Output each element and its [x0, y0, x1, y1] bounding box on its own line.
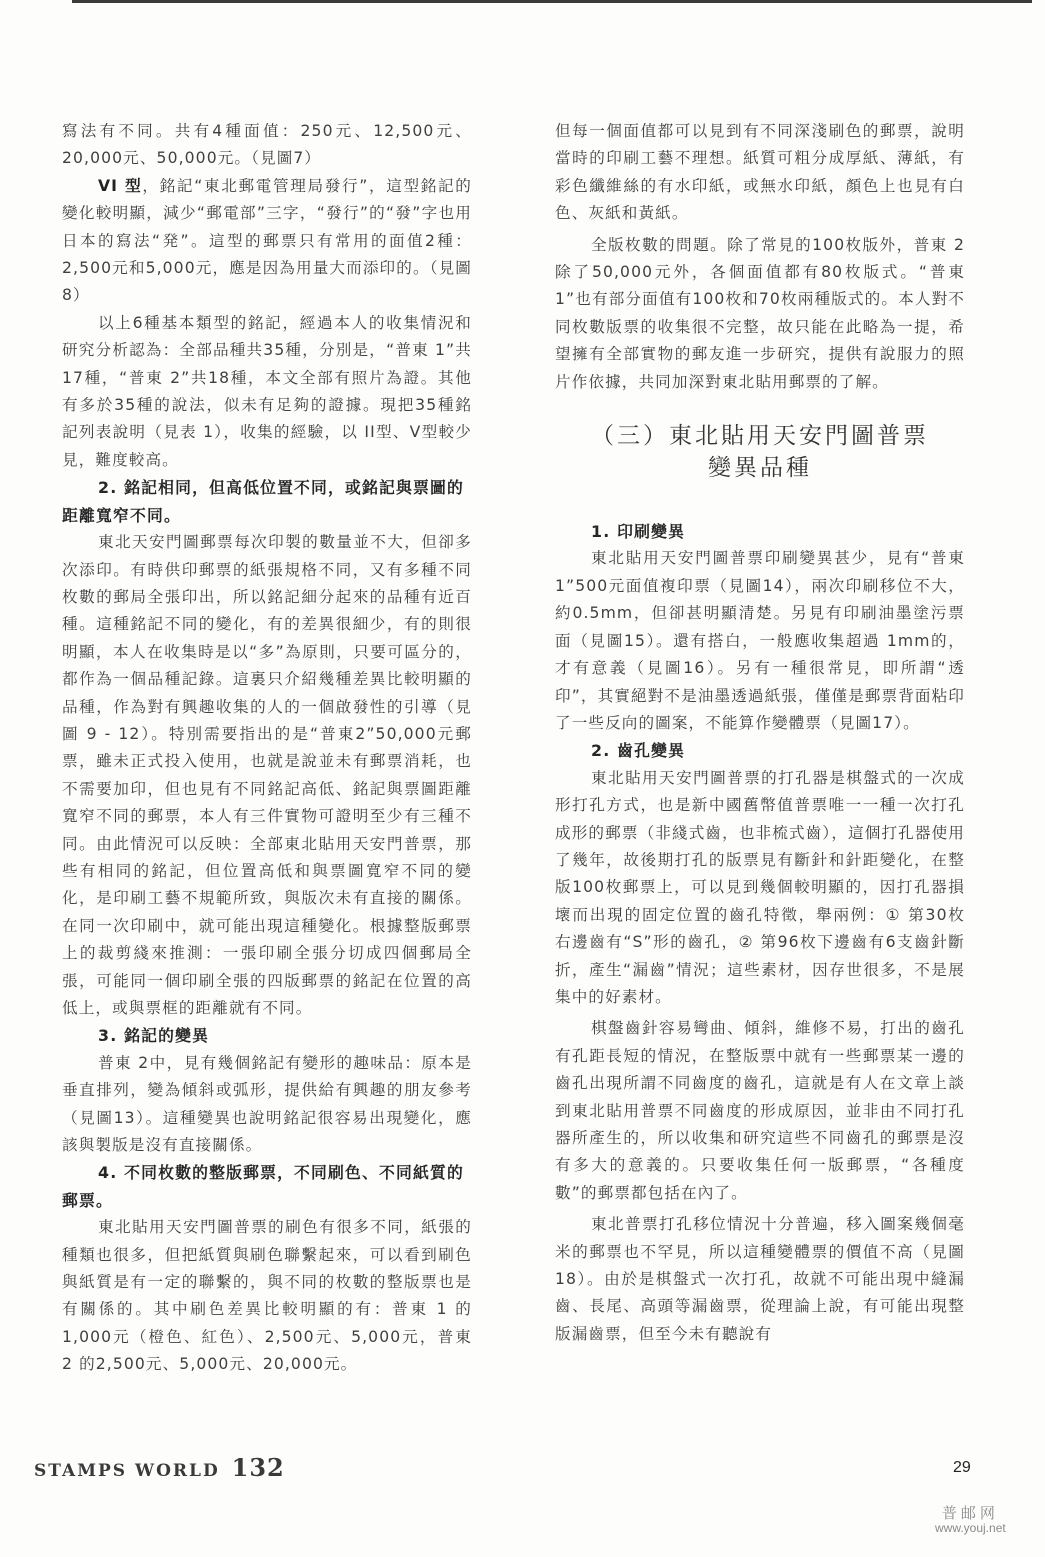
paragraph: 全版枚數的問題。除了常見的100枚版外，普東 2 除了50,000元外，各個面值…	[555, 232, 965, 396]
page-number: 29	[953, 1459, 971, 1477]
magazine-name: STAMPS WORLD	[34, 1461, 220, 1481]
watermark: 普邮网 www.youj.net	[935, 1502, 1006, 1535]
paragraph: 東北貼用天安門圖普票印刷變異甚少，見有“普東 1”500元面值複印票（見圖14）…	[555, 545, 965, 737]
watermark-url: www.youj.net	[935, 1521, 1006, 1535]
watermark-name: 普邮网	[935, 1502, 1006, 1523]
paragraph: 但每一個面值都可以見到有不同深淺刷色的郵票，說明當時的印刷工藝不理想。紙質可粗分…	[555, 118, 965, 228]
paragraph: 普東 2中，見有幾個銘記有變形的趣味品：原本是垂直排列，變為傾斜或弧形，提供給有…	[62, 1050, 472, 1160]
right-column: 但每一個面值都可以見到有不同深淺刷色的郵票，說明當時的印刷工藝不理想。紙質可粗分…	[555, 118, 965, 1348]
section-title-line-1: （三）東北貼用天安門圖普票	[555, 420, 965, 452]
section-title: （三）東北貼用天安門圖普票 變異品種	[555, 420, 965, 484]
subheading-printing: 1. 印刷變異	[555, 518, 965, 545]
paragraph-type-vi: VI 型，銘記“東北郵電管理局發行”，這型銘記的變化較明顯，減少“郵電部”三字，…	[62, 173, 472, 310]
subheading-4: 4. 不同枚數的整版郵票，不同刷色、不同紙質的郵票。	[62, 1159, 472, 1214]
paragraph: 寫法有不同。共有4種面值：250元、12,500元、20,000元、50,000…	[62, 118, 472, 173]
paragraph: 棋盤齒針容易彎曲、傾斜，維修不易，打出的齒孔有孔距長短的情況，在整版票中就有一些…	[555, 1015, 965, 1207]
paragraph: 東北貼用天安門圖普票的刷色有很多不同，紙張的種類也很多，但把紙質與刷色聯繫起來，…	[62, 1214, 472, 1378]
subheading-perforation: 2. 齒孔變異	[555, 737, 965, 764]
paragraph: 以上6種基本類型的銘記，經過本人的收集情況和研究分析認為：全部品種共35種，分別…	[62, 310, 472, 474]
issue-number: 132	[232, 1453, 285, 1482]
type-label: VI 型	[98, 177, 142, 195]
paragraph: 東北天安門圖郵票每次印製的數量並不大，但卻多次添印。有時供印郵票的紙張規格不同，…	[62, 529, 472, 1022]
magazine-masthead: STAMPS WORLD 132	[34, 1453, 285, 1482]
section-title-line-2: 變異品種	[555, 452, 965, 484]
subheading-2: 2. 銘記相同，但高低位置不同，或銘記與票圖的距離寬窄不同。	[62, 474, 472, 529]
subheading-3: 3. 銘記的變異	[62, 1022, 472, 1049]
page-top-edge	[72, 0, 1032, 3]
paragraph: 東北普票打孔移位情況十分普遍，移入圖案幾個毫米的郵票也不罕見，所以這種變體票的價…	[555, 1211, 965, 1348]
paragraph: 東北貼用天安門圖普票的打孔器是棋盤式的一次成形打孔方式，也是新中國舊幣值普票唯一…	[555, 765, 965, 1012]
left-column: 寫法有不同。共有4種面值：250元、12,500元、20,000元、50,000…	[62, 118, 472, 1379]
